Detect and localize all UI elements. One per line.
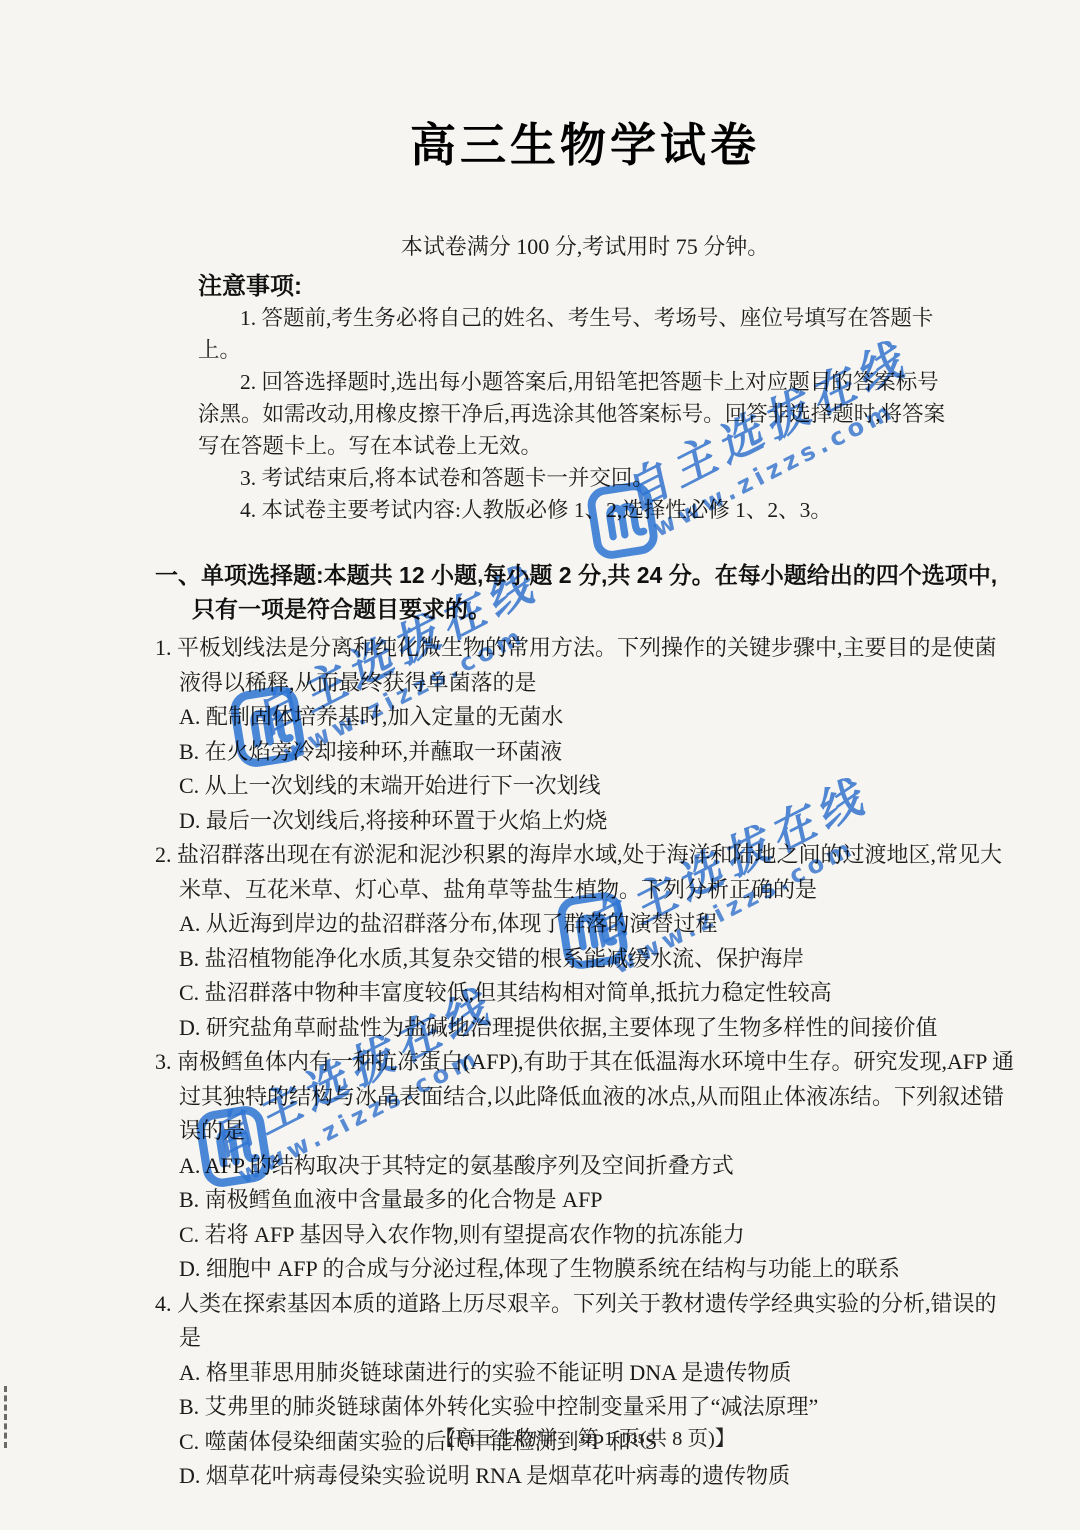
question-block: 2. 盐沼群落出现在有淤泥和泥沙积累的海岸水域,处于海洋和陆地之间的过渡地区,常… <box>155 838 1015 1045</box>
question-option: A. 格里菲思用肺炎链球菌进行的实验不能证明 DNA 是遗传物质 <box>179 1356 1015 1391</box>
question-option: C. 盐沼群落中物种丰富度较低,但其结构相对简单,抵抗力稳定性较高 <box>179 976 1015 1011</box>
exam-title: 高三生物学试卷 <box>155 118 1015 172</box>
question-list: 1. 平板划线法是分离和纯化微生物的常用方法。下列操作的关键步骤中,主要目的是使… <box>155 631 1015 1494</box>
question-stem: 3. 南极鳕鱼体内有一种抗冻蛋白(AFP),有助于其在低温海水环境中生存。研究发… <box>155 1045 1015 1149</box>
page-footer: 【高三生物学 第 1 页(共 8 页)】 <box>155 1421 1015 1451</box>
question-option: C. 若将 AFP 基因导入农作物,则有望提高农作物的抗冻能力 <box>179 1218 1015 1253</box>
question-option: B. 盐沼植物能净化水质,其复杂交错的根系能减缓水流、保护海岸 <box>179 942 1015 977</box>
question-option: D. 烟草花叶病毒侵染实验说明 RNA 是烟草花叶病毒的遗传物质 <box>179 1459 1015 1494</box>
question-stem: 2. 盐沼群落出现在有淤泥和泥沙积累的海岸水域,处于海洋和陆地之间的过渡地区,常… <box>155 838 1015 907</box>
question-option: B. 艾弗里的肺炎链球菌体外转化实验中控制变量采用了“减法原理” <box>179 1390 1015 1425</box>
question-stem: 4. 人类在探索基因本质的道路上历尽艰辛。下列关于教材遗传学经典实验的分析,错误… <box>155 1287 1015 1356</box>
question-stem: 1. 平板划线法是分离和纯化微生物的常用方法。下列操作的关键步骤中,主要目的是使… <box>155 631 1015 700</box>
question-option: D. 最后一次划线后,将接种环置于火焰上灼烧 <box>179 804 1015 839</box>
exam-content: 高三生物学试卷 本试卷满分 100 分,考试用时 75 分钟。 注意事项: 1.… <box>155 0 1015 1494</box>
question-option: A. 从近海到岸边的盐沼群落分布,体现了群落的演替过程 <box>179 907 1015 942</box>
question-option: C. 从上一次划线的末端开始进行下一次划线 <box>179 769 1015 804</box>
notice-item: 3. 考试结束后,将本试卷和答题卡一并交回。 <box>198 462 948 494</box>
question-option: B. 在火焰旁冷却接种环,并蘸取一环菌液 <box>179 735 1015 770</box>
exam-subtitle: 本试卷满分 100 分,考试用时 75 分钟。 <box>155 234 1015 260</box>
notice-item: 4. 本试卷主要考试内容:人教版必修 1、2,选择性必修 1、2、3。 <box>198 494 948 526</box>
scan-artifact-mark <box>4 1386 7 1448</box>
question-option: D. 细胞中 AFP 的合成与分泌过程,体现了生物膜系统在结构与功能上的联系 <box>179 1252 1015 1287</box>
notice-section: 注意事项: 1. 答题前,考生务必将自己的姓名、考生号、考场号、座位号填写在答题… <box>198 272 948 526</box>
notice-item: 1. 答题前,考生务必将自己的姓名、考生号、考场号、座位号填写在答题卡上。 <box>198 302 948 366</box>
question-option: A. 配制固体培养基时,加入定量的无菌水 <box>179 700 1015 735</box>
question-block: 1. 平板划线法是分离和纯化微生物的常用方法。下列操作的关键步骤中,主要目的是使… <box>155 631 1015 838</box>
question-option: A. AFP 的结构取决于其特定的氨基酸序列及空间折叠方式 <box>179 1149 1015 1184</box>
question-option: D. 研究盐角草耐盐性为盐碱地治理提供依据,主要体现了生物多样性的间接价值 <box>179 1011 1015 1046</box>
question-block: 4. 人类在探索基因本质的道路上历尽艰辛。下列关于教材遗传学经典实验的分析,错误… <box>155 1287 1015 1494</box>
notice-item: 2. 回答选择题时,选出每小题答案后,用铅笔把答题卡上对应题目的答案标号涂黑。如… <box>198 366 948 462</box>
question-block: 3. 南极鳕鱼体内有一种抗冻蛋白(AFP),有助于其在低温海水环境中生存。研究发… <box>155 1045 1015 1287</box>
question-option: B. 南极鳕鱼血液中含量最多的化合物是 AFP <box>179 1183 1015 1218</box>
exam-paper-page: 自主选拔在线 www.zizzs.com 自主选拔在线 www.zizzs.co… <box>0 0 1080 1530</box>
section-heading: 一、单项选择题:本题共 12 小题,每小题 2 分,共 24 分。在每小题给出的… <box>155 558 1015 626</box>
notice-list: 1. 答题前,考生务必将自己的姓名、考生号、考场号、座位号填写在答题卡上。 2.… <box>198 302 948 526</box>
notice-title: 注意事项: <box>198 272 948 302</box>
